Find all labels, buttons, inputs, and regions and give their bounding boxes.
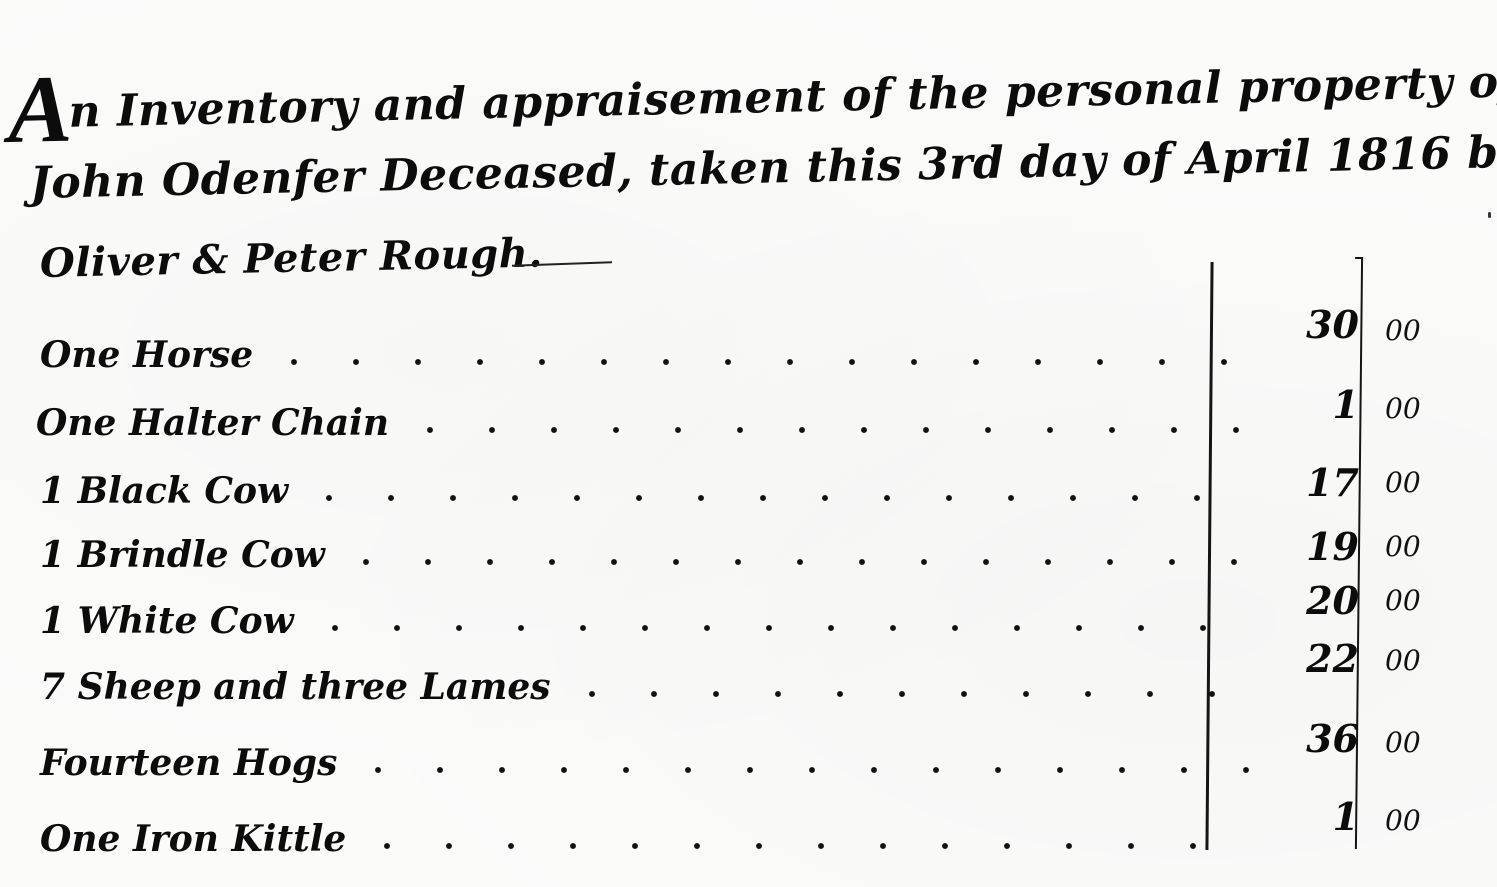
dot-leader (263, 358, 1250, 366)
item-dollars: 1 (1239, 794, 1359, 839)
heading-line-1-text: n Inventory and appraisement of the pers… (68, 56, 1497, 137)
item-label: One Iron Kittle (40, 818, 356, 860)
item-cents: 00 (1385, 644, 1465, 677)
inventory-item: Fourteen Hogs (40, 738, 1250, 784)
item-dollars: 22 (1239, 636, 1359, 681)
inventory-item: One Halter Chain (36, 398, 1246, 444)
item-cents: 00 (1385, 392, 1465, 425)
dot-leader (347, 766, 1250, 774)
item-cents: 00 (1385, 804, 1465, 837)
item-cents: 00 (1385, 466, 1465, 499)
inventory-item: 1 Black Cow (40, 466, 1250, 512)
item-label: One Horse (40, 334, 263, 376)
inventory-item: One Horse (40, 330, 1250, 376)
inventory-item: 1 White Cow (40, 596, 1250, 642)
item-label: Fourteen Hogs (40, 742, 347, 784)
heading-line-3-text: Oliver & Peter Rough. (40, 229, 544, 287)
dot-leader (335, 558, 1250, 566)
item-dollars: 36 (1239, 716, 1359, 761)
inventory-item: 1 Brindle Cow (40, 530, 1250, 576)
inventory-item: 7 Sheep and three Lames (40, 662, 1250, 708)
item-label: 1 Black Cow (40, 470, 298, 512)
item-label: 7 Sheep and three Lames (40, 666, 561, 708)
page-edge-mark (1488, 212, 1491, 218)
inventory-item: One Iron Kittle (40, 814, 1250, 860)
item-cents: 00 (1385, 726, 1465, 759)
item-cents: 00 (1385, 314, 1465, 347)
item-dollars: 17 (1239, 460, 1359, 505)
heading-initial: A (7, 53, 74, 165)
dot-leader (356, 842, 1250, 850)
item-label: One Halter Chain (36, 402, 399, 444)
dot-leader (304, 624, 1250, 632)
item-dollars: 19 (1239, 524, 1359, 569)
dot-leader (399, 426, 1246, 434)
heading-line-3: Oliver & Peter Rough. (40, 229, 544, 287)
item-label: 1 Brindle Cow (40, 534, 335, 576)
dot-leader (298, 494, 1250, 502)
dot-leader (561, 690, 1251, 698)
item-cents: 00 (1385, 584, 1465, 617)
item-cents: 00 (1385, 530, 1465, 563)
item-label: 1 White Cow (40, 600, 304, 642)
item-dollars: 30 (1239, 302, 1359, 347)
item-dollars: 20 (1239, 578, 1359, 623)
scanned-document-page: An Inventory and appraisement of the per… (0, 0, 1497, 887)
item-dollars: 1 (1239, 382, 1359, 427)
